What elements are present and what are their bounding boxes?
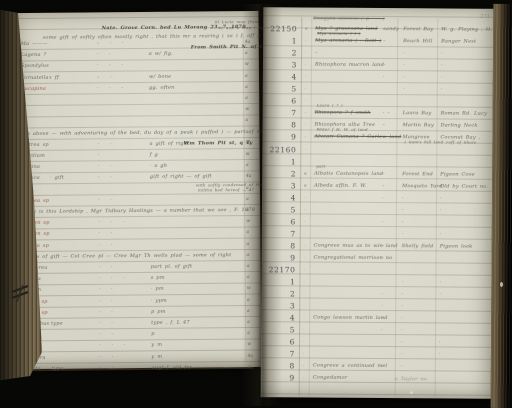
species-entry: Congo lawson martin land: [313, 315, 387, 322]
donor-entry-line2: off of Shore: [448, 141, 476, 146]
register-number: 6: [262, 217, 296, 226]
locality-entry: ·: [402, 195, 404, 201]
pencil-note: a Taylor no: [395, 377, 427, 383]
entry-note: s pm: [151, 275, 165, 281]
locality-entry: ·: [401, 364, 403, 370]
ditto-marks: · ·: [98, 231, 116, 237]
locality-entry: Forest End: [402, 171, 433, 177]
species-subnote: Mya arenaria ( t ): [317, 32, 360, 37]
register-number: 5: [262, 205, 296, 214]
register-number: 2: [263, 48, 297, 57]
donor-entry: ·: [440, 207, 442, 213]
count-mark: a: [246, 163, 249, 168]
count-mark: a: [246, 208, 249, 213]
donor-entry: Pigeon Cove: [440, 171, 475, 177]
ditto-marks: – ·: [97, 74, 116, 80]
column-mark: ·: [304, 267, 306, 272]
ditto-marks: · ·: [97, 51, 115, 57]
count-mark: a: [248, 365, 251, 370]
ditto-marks: · ·: [100, 365, 118, 371]
column-mark: ·: [304, 207, 306, 212]
locality-entry: Beach Hill: [403, 38, 432, 44]
column-mark: ·: [304, 255, 306, 260]
species-subnote: Laura ( ? ): [317, 104, 343, 109]
ditto-marks: · ·: [99, 287, 117, 293]
ditto-marks: · ·: [98, 163, 116, 169]
donor-entry: Roman Rd. Lucy: [441, 111, 487, 117]
donor-entry: ·: [439, 292, 441, 298]
register-number: 7: [263, 109, 297, 118]
ditto-marks: · · ·: [99, 275, 129, 281]
locality-entry: ·: [401, 315, 403, 321]
count-mark: a: [245, 74, 248, 79]
ditto-marks: · ·: [99, 309, 117, 315]
column-mark: ·: [305, 51, 307, 56]
ditto-marks: – · ·: [97, 40, 128, 46]
column-mark: ·: [304, 147, 306, 152]
column-mark: ·: [304, 243, 306, 248]
ditto-marks: · · ·: [98, 219, 128, 225]
count-mark: 4a: [246, 174, 252, 179]
entry-note: p: [151, 331, 154, 337]
count-mark: a: [247, 331, 250, 336]
left-header-subtitle: some gift of softly often mostly right ,…: [43, 33, 294, 41]
register-number: 5: [263, 84, 297, 93]
register-number: 3: [261, 301, 295, 310]
column-mark: ·: [304, 135, 306, 140]
species-entry: Albatis Castanopsis land: [314, 170, 383, 176]
register-number: 8: [261, 362, 295, 371]
register-number: 9: [262, 253, 296, 262]
margin-scribble-mark: [10, 283, 32, 305]
count-mark: a: [245, 51, 248, 56]
entry-section-note: Casts of gift — Col Cree pl — Cree Mgr T…: [25, 252, 232, 260]
count-mark: a: [247, 320, 250, 325]
entry-section-note: Clay is this Lordship , Mgr Tidbury Hast…: [24, 207, 255, 215]
column-mark: ·: [305, 75, 307, 80]
count-mark: w: [245, 107, 249, 112]
taxon-name: Tornatella: [21, 74, 49, 80]
donor-entry: ·: [440, 195, 442, 201]
ditto-mark: –: [382, 243, 385, 249]
ditto-marks: · ·: [98, 242, 116, 248]
entry-note: p pm: [151, 309, 166, 315]
ditto-mark: sandy: [383, 26, 399, 32]
left-header-locality-2: W. and a Map ( fig ): [219, 26, 269, 31]
register-number: 4: [261, 313, 295, 322]
register-number: 22160: [262, 145, 296, 154]
ditto-marks: · ·: [98, 197, 116, 203]
locality-column-rule: [395, 18, 399, 396]
ditto-mark: –: [382, 183, 385, 189]
column-mark: ·: [303, 292, 305, 297]
folio-number: 274: [480, 14, 490, 20]
register-number: 3: [263, 60, 297, 69]
count-mark: w: [246, 152, 250, 157]
count-mark: a: [245, 85, 248, 90]
count-mark: a: [245, 118, 248, 123]
entry-note: gg. often: [149, 84, 174, 90]
column-mark: ·: [303, 352, 305, 357]
register-number: 7: [262, 229, 296, 238]
ditto-mark: ·: [381, 291, 383, 297]
column-mark: ·: [304, 195, 306, 200]
species-entry: Rhizophora mucron land: [315, 62, 384, 68]
count-mark: a: [247, 275, 250, 280]
species-entry: Rhizopora ? f smith: [315, 110, 371, 116]
entry-note: f g: [150, 152, 158, 158]
donor-entry: Darling Neck: [441, 123, 478, 129]
locality-entry: Forest Bay: [403, 26, 433, 32]
register-number: 2: [261, 289, 295, 298]
entry-note: augt f. old for: [152, 364, 193, 370]
dust-speck: [500, 282, 503, 287]
register-number: 1: [262, 157, 296, 166]
locality-entry: ·: [402, 219, 404, 225]
register-number: 8: [263, 121, 297, 130]
species-entry: Congreve a continued mel: [313, 363, 388, 370]
donor-entry: ·: [441, 75, 443, 81]
species-entry: –: [315, 50, 318, 56]
entry-note: gift of right — of gift: [150, 174, 212, 181]
entry-note: type , f. L 47: [151, 320, 190, 326]
count-mark: 4a: [247, 354, 253, 359]
ditto-mark: ·: [382, 195, 384, 201]
register-number: 1: [261, 277, 295, 286]
entry-note: part pl. of gift: [151, 264, 193, 270]
ditto-mark: –: [381, 363, 384, 369]
ditto-mark: ·: [383, 74, 385, 80]
locality-entry: ·: [401, 339, 403, 345]
column-mark: ·: [305, 111, 307, 116]
species-entry: Congreve mus as to win land: [314, 242, 398, 249]
count-mark: a: [247, 264, 250, 269]
count-mark: a: [245, 130, 248, 135]
entry-pre-note: type: [51, 321, 63, 327]
ditto-marks: · ·: [98, 175, 116, 181]
count-mark: a: [246, 242, 249, 247]
entry-donor-note: Wm Thom Pit st, q Ty: [184, 140, 253, 147]
count-mark: 4a: [246, 141, 252, 146]
locality-entry: Laura Bay: [403, 111, 432, 117]
entry-note: · ypm: [151, 297, 167, 303]
locality-entry: ·: [403, 50, 405, 56]
taxon-name: Lagena ?: [21, 52, 47, 58]
locality-entry: ·: [401, 303, 403, 309]
species-entry: Alveari Cumana ? Curlew land: [314, 134, 401, 141]
ditto-mark: –: [382, 255, 385, 261]
donor-entry: Pigeon look: [440, 243, 473, 249]
locality-entry: ·: [401, 352, 403, 358]
register-number: 2: [262, 169, 296, 178]
right-page: 274 22150aExogyra sincera ( p—— )Mya ? g…: [261, 7, 496, 399]
left-page: Nate. Grove Corn. bed Lu Morang 23. 7. 1…: [12, 11, 261, 369]
count-mark: a: [247, 253, 250, 258]
register-number: 9: [262, 133, 296, 142]
column-mark: ·: [303, 316, 305, 321]
ditto-mark: ·: [382, 219, 384, 225]
locality-entry: ·: [403, 74, 405, 80]
count-mark: a: [247, 309, 250, 314]
register-number: 6: [261, 337, 295, 346]
ditto-mark: ·: [381, 327, 383, 333]
column-mark: ·: [305, 87, 307, 92]
column-mark: a: [305, 26, 308, 31]
column-mark: ·: [303, 304, 305, 309]
locality-entry: Martin Bay: [403, 123, 434, 129]
entry-note: y m: [151, 353, 162, 359]
register-number: 22170: [262, 265, 296, 274]
locality-entry: ·: [402, 207, 404, 213]
register-number: 8: [262, 241, 296, 250]
species-entry: Congedamor: [313, 375, 348, 381]
column-mark: ·: [305, 123, 307, 128]
ditto-marks: · ·: [99, 320, 117, 326]
column-mark: ·: [303, 280, 305, 285]
donor-column-rule: [435, 18, 439, 396]
right-page-rows: 22150aExogyra sincera ( p—— )Mya ? grave…: [263, 7, 495, 9]
donor-entry: Banger Nest: [441, 38, 476, 44]
column-mark: ·: [305, 99, 307, 104]
locality-entry: Shelly field: [402, 243, 434, 249]
column-mark: ·: [305, 63, 307, 68]
locality-entry: ·: [401, 327, 403, 333]
ditto-mark: –: [383, 62, 386, 68]
register-number-column-rule: [299, 17, 303, 395]
taxon-name: Spondylus: [21, 63, 49, 69]
species-entry: Mya arenaria ( . Rott ): [315, 38, 381, 44]
register-number: 4: [262, 193, 296, 202]
ditto-marks: · ·: [98, 141, 116, 147]
donor-entry: W. g. Playing , H. A.: [441, 26, 500, 32]
donor-entry: ·: [439, 352, 441, 358]
register-number: 3: [262, 181, 296, 190]
register-number: 22150: [263, 24, 297, 33]
ditto-marks: · · ·: [97, 85, 127, 91]
locality-entry: ·: [401, 291, 403, 297]
ledger-photo: Nate. Grove Corn. bed Lu Morang 23. 7. 1…: [0, 0, 512, 408]
entry-note: · a gb: [150, 163, 167, 169]
count-mark: 4a: [245, 40, 251, 45]
ditto-marks: · · ·: [97, 62, 127, 68]
column-mark: ·: [305, 39, 307, 44]
count-mark: a: [246, 197, 249, 202]
left-page-rows: Ma ———– · ·4aLagena ?· ·a w/ fig.aSpondy…: [12, 11, 258, 13]
entry-note: w/ bone: [149, 73, 171, 79]
book-cover-edge: [491, 4, 512, 408]
count-mark: w: [246, 219, 250, 224]
entry-note: · pm: [151, 286, 164, 292]
ditto-marks: · ·: [99, 331, 117, 337]
taxon-name: Lucapina: [21, 86, 46, 92]
ditto-marks: · ·: [99, 298, 117, 304]
species-entry: Albeda affin. F. W.: [314, 182, 366, 188]
donor-entry: ·: [439, 340, 441, 346]
ditto-mark: ·: [381, 303, 383, 309]
column-mark: a: [304, 171, 307, 176]
locality-entry: ·: [401, 279, 403, 285]
count-mark: a: [245, 96, 248, 101]
register-number: 7: [261, 350, 295, 359]
entry-note: y m: [151, 342, 162, 348]
count-mark: a: [247, 298, 250, 303]
mark-column-rule: [309, 18, 313, 396]
register-number: 5: [261, 325, 295, 334]
register-number: 4: [263, 72, 297, 81]
donor-entry: ·: [441, 63, 443, 69]
count-mark: a: [246, 186, 249, 191]
locality-entry: ·: [402, 231, 404, 237]
ditto-marks: ·: [98, 152, 104, 158]
ditto-mark: –: [383, 122, 386, 128]
ditto-marks: · ·: [99, 354, 117, 360]
register-number: 1: [263, 36, 297, 45]
locality-entry-line2: ( Sam's hill land ): [404, 141, 447, 146]
donor-entry: Old by Court no.: [440, 183, 488, 189]
column-mark: a: [304, 183, 307, 188]
column-mark: ·: [303, 328, 305, 333]
register-number: 9: [261, 374, 295, 383]
column-mark: ·: [304, 219, 306, 224]
ditto-mark: · –: [383, 110, 390, 116]
entry-note: a w/ fig.: [149, 51, 173, 57]
dust-speck: [466, 371, 468, 373]
count-mark: w: [247, 286, 251, 291]
register-number: 6: [263, 96, 297, 105]
donor-entry: ·: [441, 87, 443, 93]
entry-pre-note: · gift: [50, 175, 64, 181]
dust-speck: [410, 391, 413, 394]
taxon-name: Ma ———: [21, 41, 48, 47]
donor-entry: ·: [440, 231, 442, 237]
donor-entry: ·: [439, 279, 441, 285]
entry-pre-note: x ff: [49, 74, 59, 80]
species-entry: Congregational morrison no: [314, 254, 393, 261]
column-mark: ·: [303, 364, 305, 369]
species-subnote: Water f H. W. of land: [316, 128, 367, 133]
donor-entry: ·: [441, 51, 443, 57]
locality-entry: ·: [403, 62, 405, 68]
ditto-mark: –: [381, 315, 384, 321]
ditto-mark: –: [382, 171, 385, 177]
locality-entry: Mosquito Yard: [402, 183, 442, 189]
entry-pre-note: type: [52, 365, 64, 371]
column-mark: ·: [304, 231, 306, 236]
count-mark: a: [246, 230, 249, 235]
species-subnote: part: [316, 164, 325, 169]
count-mark: w: [247, 342, 251, 347]
ditto-marks: · · ·: [99, 342, 129, 348]
locality-entry: ·: [403, 86, 405, 92]
column-mark: ·: [303, 340, 305, 345]
ditto-marks: · ·: [99, 264, 117, 270]
pencil-note: Exogyra sincera ( p—— ): [313, 16, 384, 22]
column-mark: ·: [303, 376, 305, 381]
count-mark: w: [245, 62, 249, 67]
ditto-mark: –: [383, 38, 386, 44]
